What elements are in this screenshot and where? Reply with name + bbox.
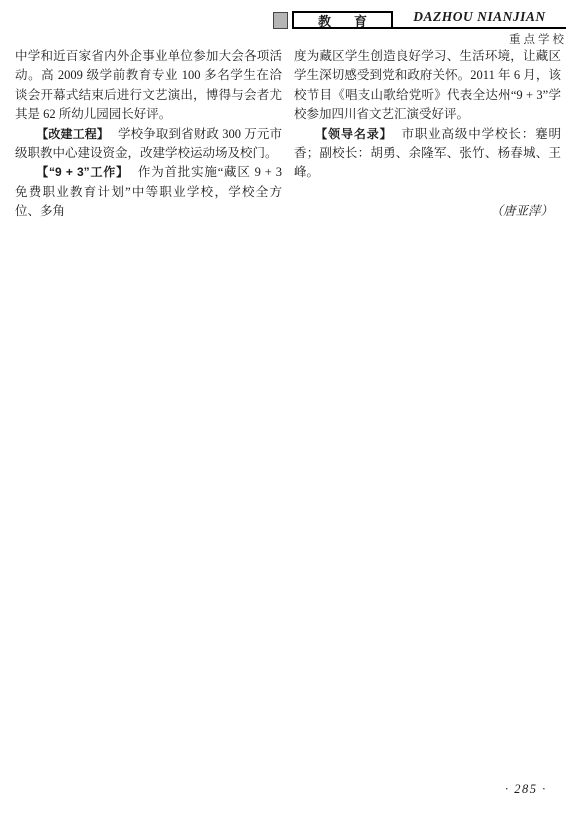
- yearbook-page: 教 育 DAZHOU NIANJIAN 重点学校 中学和近百家省内外企事业单位参…: [0, 0, 580, 814]
- left-column: 中学和近百家省内外企事业单位参加大会各项活动。高 2009 级学前教育专业 10…: [15, 47, 282, 222]
- journal-title: DAZHOU NIANJIAN: [393, 9, 566, 25]
- subsection-label: 重点学校: [509, 31, 567, 47]
- right-column: 度为藏区学生创造良好学习、生活环境，让藏区学生深切感受到党和政府关怀。2011 …: [294, 47, 561, 222]
- entry-tag: 【改建工程】: [36, 127, 109, 141]
- paragraph-continuation: 度为藏区学生创造良好学习、生活环境，让藏区学生深切感受到党和政府关怀。2011 …: [294, 47, 561, 125]
- section-title-box: 教 育: [292, 11, 393, 29]
- author-signature: （唐亚萍）: [294, 202, 561, 221]
- entry-9plus3: 【“9 + 3”工作】作为首批实施“藏区 9 + 3 免费职业教育计划”中等职业…: [15, 163, 282, 221]
- entry-tag: 【“9 + 3”工作】: [36, 165, 129, 179]
- page-number: · 285 ·: [505, 782, 547, 797]
- entry-renovation: 【改建工程】学校争取到省财政 300 万元市级职教中心建设资金，改建学校运动场及…: [15, 125, 282, 164]
- header-gray-square: [273, 12, 288, 29]
- entry-tag: 【领导名录】: [315, 127, 392, 141]
- entry-leaders: 【领导名录】市职业高级中学校长：蹇明香；副校长：胡勇、余隆军、张竹、杨春城、王峰…: [294, 125, 561, 183]
- article-body: 中学和近百家省内外企事业单位参加大会各项活动。高 2009 级学前教育专业 10…: [15, 47, 561, 222]
- section-title: 教 育: [313, 11, 372, 30]
- header-rule: [393, 27, 566, 29]
- paragraph-continuation: 中学和近百家省内外企事业单位参加大会各项活动。高 2009 级学前教育专业 10…: [15, 47, 282, 125]
